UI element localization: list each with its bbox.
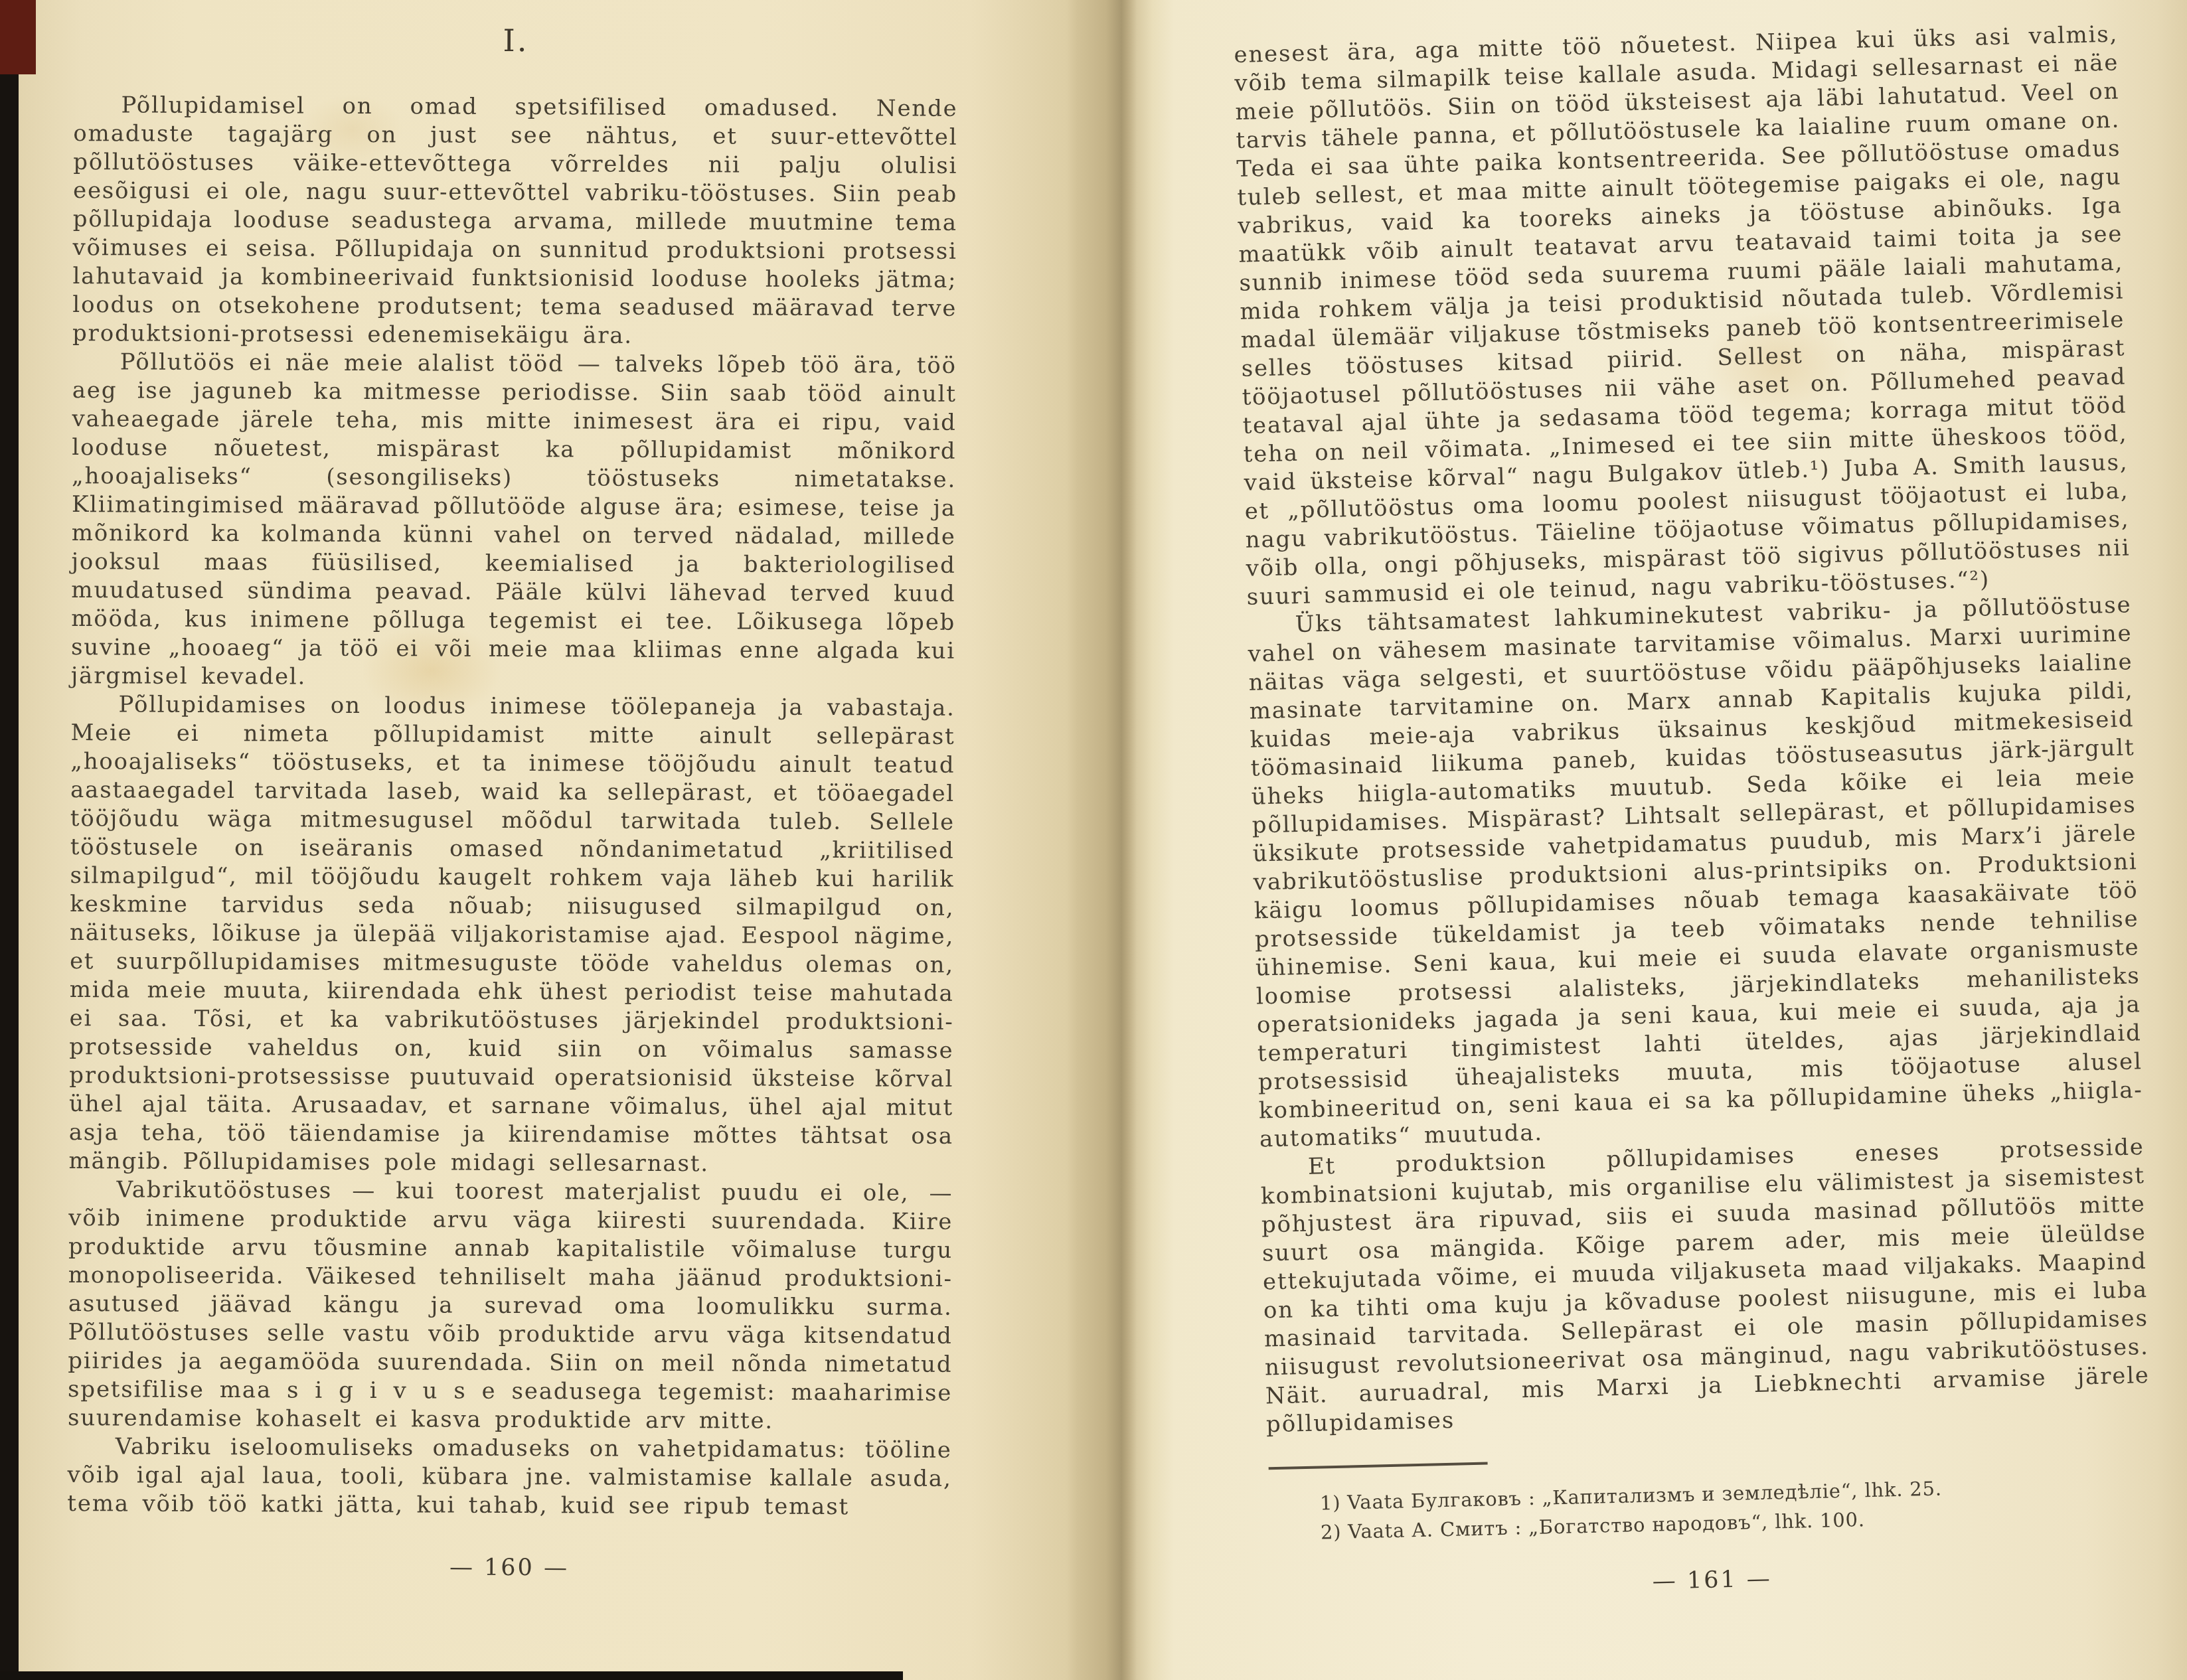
footnote-separator-rule <box>1269 1462 1488 1470</box>
page-gutter-shadow <box>1077 0 1174 1680</box>
page-right: enesest ära, aga mitte töö nõuetest. Nii… <box>1234 21 2154 1604</box>
footnotes-block: 1) Vaata Булгаковъ : „Капитализмъ и земл… <box>1267 1469 2153 1548</box>
paragraph: Vabrikutööstuses — kui toorest materjali… <box>68 1176 953 1436</box>
section-heading: I. <box>74 21 958 60</box>
paragraph: enesest ära, aga mitte töö nõuetest. Nii… <box>1234 21 2131 612</box>
scan-corner-stain <box>0 0 36 74</box>
paragraph: Vabriku iseloomuliseks omaduseks on vahe… <box>67 1432 952 1522</box>
paragraph: Põllupidamisel on omad spetsifilised oma… <box>72 91 958 352</box>
paragraph: Põllupidamises on loodus inimese töölepa… <box>69 690 955 1180</box>
paragraph: Et produktsion põllupidamises eneses pro… <box>1260 1133 2151 1439</box>
scan-edge-left <box>0 0 19 1680</box>
page-number: — 160 — <box>67 1553 951 1583</box>
paragraph: Põllutöös ei näe meie alalist tööd — tal… <box>71 348 957 694</box>
page-left: I. Põllupidamisel on omad spetsifilised … <box>67 21 958 1583</box>
scanned-book-spread: { "colors": { "paper": "#f0e5c6", "ink":… <box>0 0 2187 1680</box>
paragraph: Üks tähtsamatest lahkuminekutest vabriku… <box>1247 591 2144 1154</box>
scan-edge-bottom <box>0 1671 903 1680</box>
